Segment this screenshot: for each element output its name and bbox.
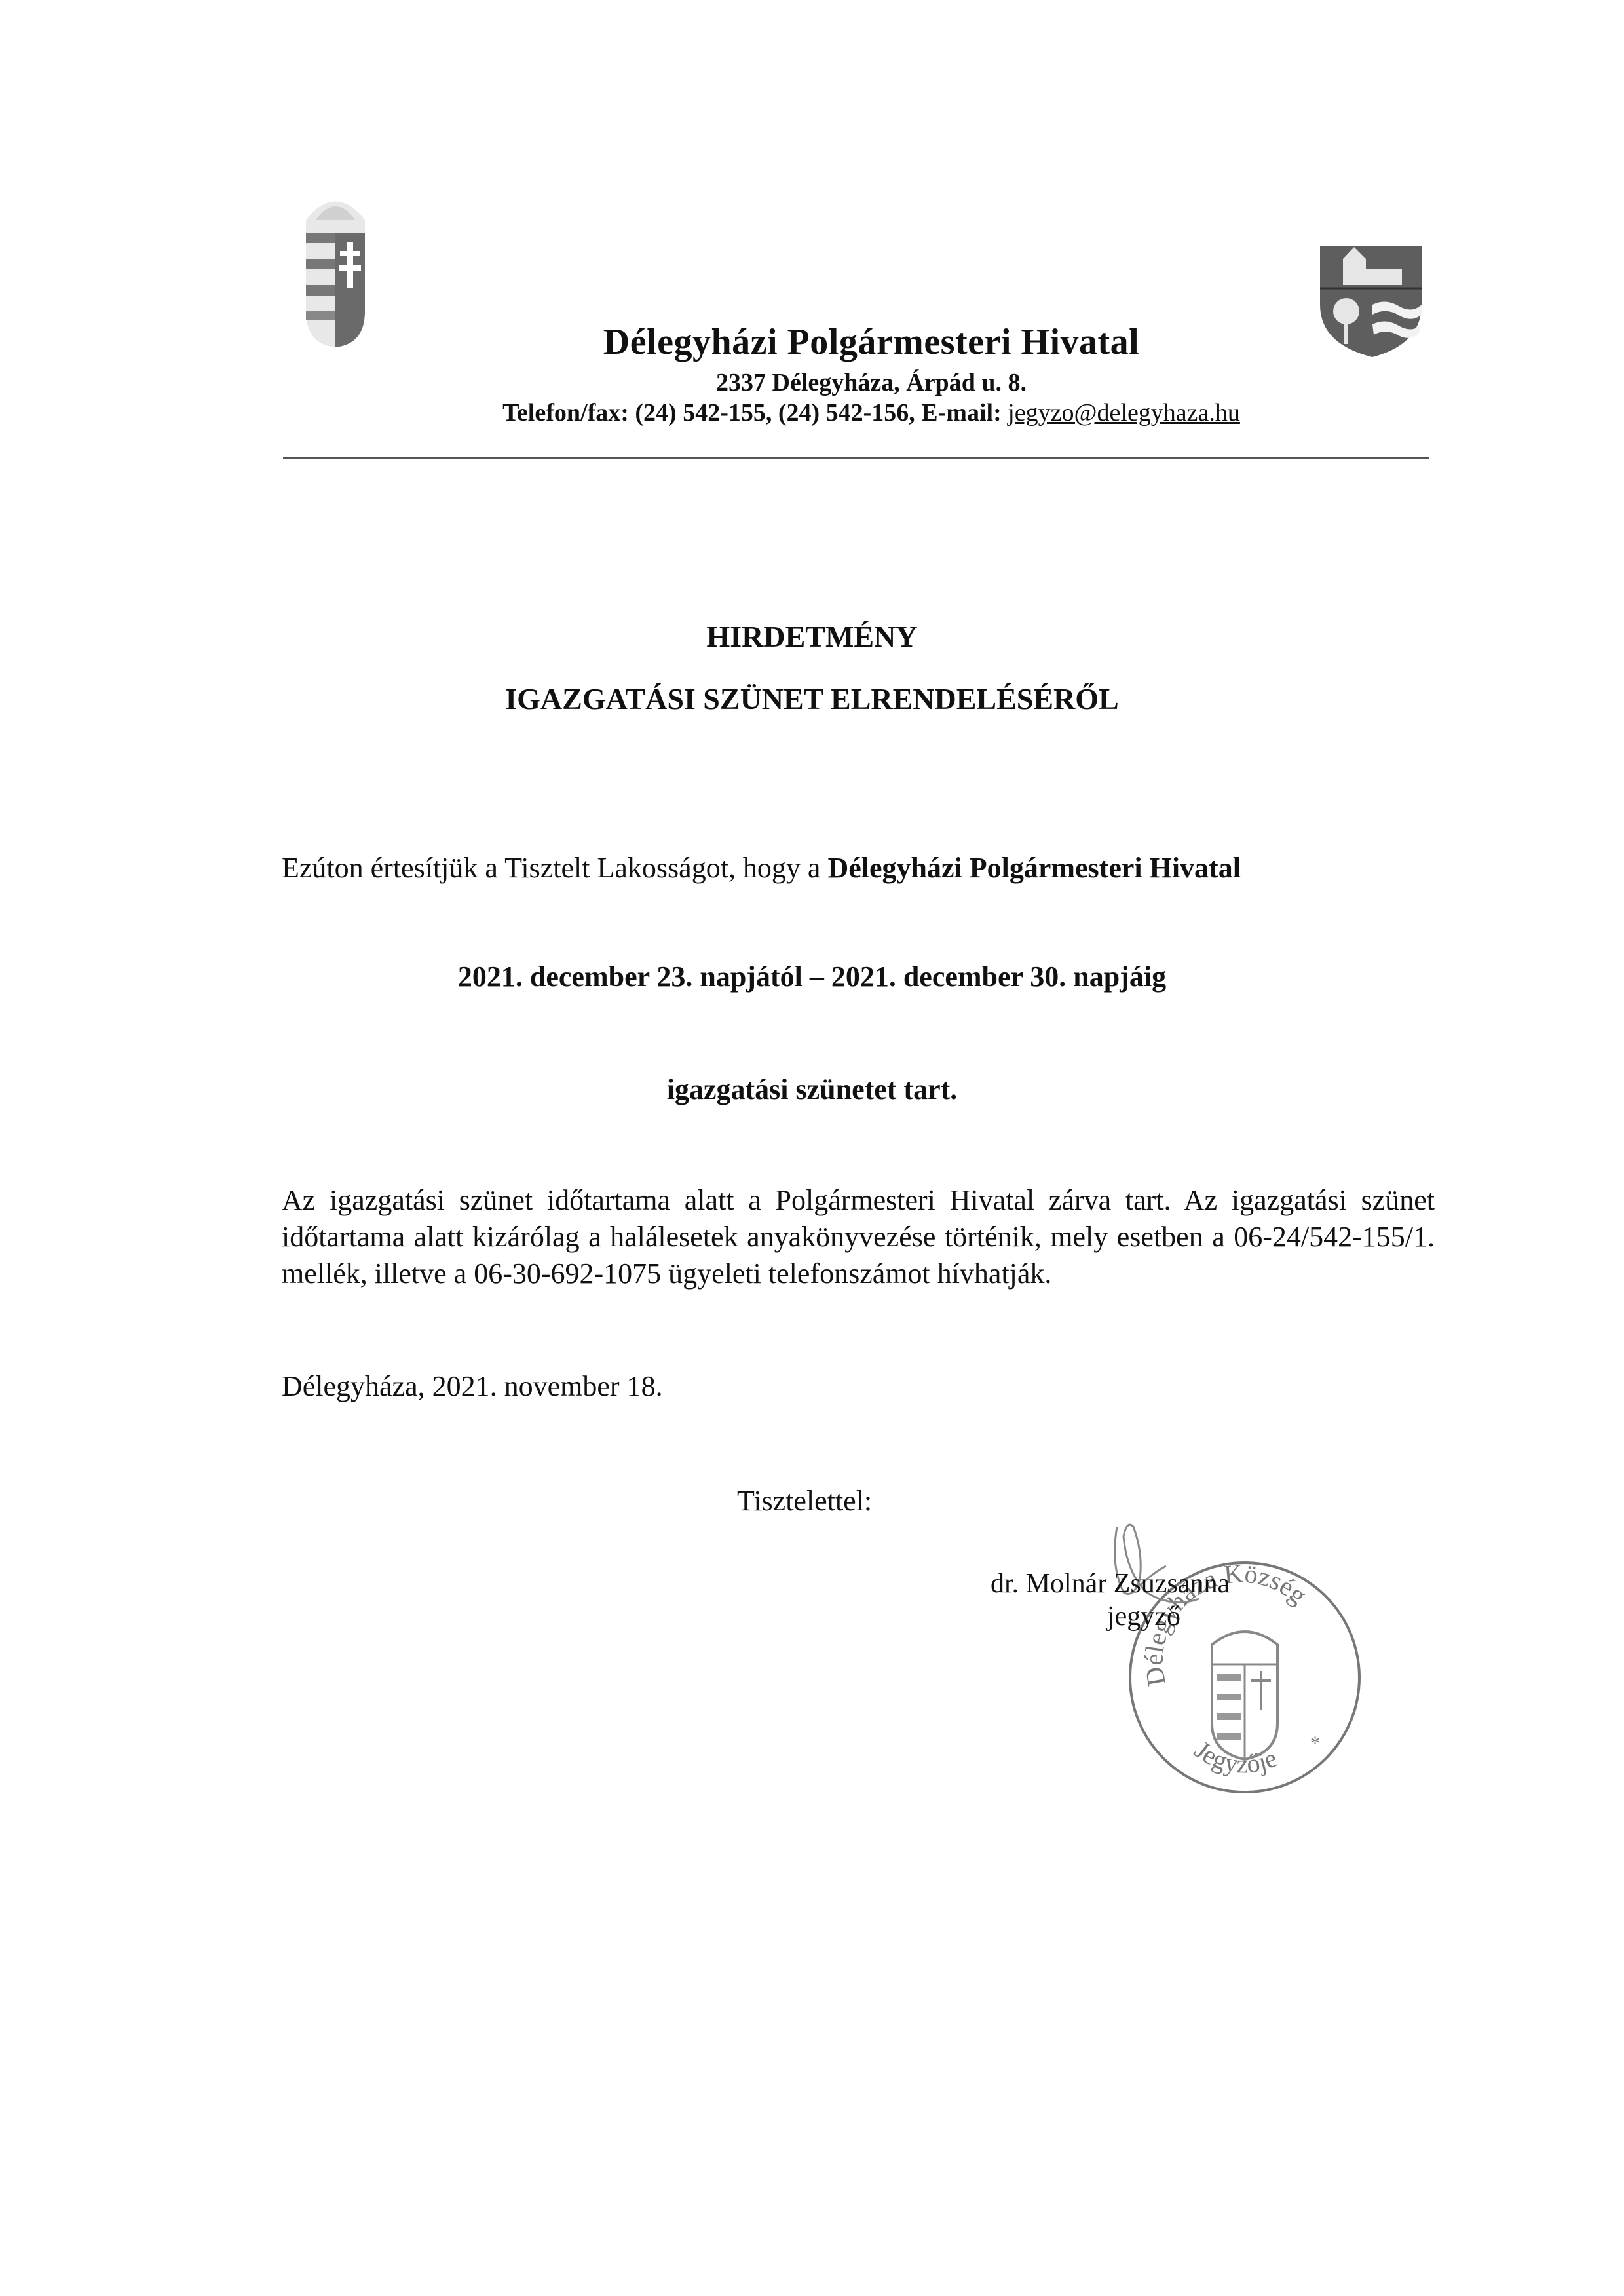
closing-regards: Tisztelettel: — [737, 1483, 872, 1520]
place-and-date: Délegyháza, 2021. november 18. — [282, 1368, 663, 1405]
email-link[interactable]: jegyzo@delegyhaza.hu — [1008, 399, 1240, 427]
closure-statement: igazgatási szünetet tart. — [0, 1073, 1624, 1106]
signer-name: dr. Molnár Zsuzsanna — [991, 1568, 1230, 1599]
signer-title: jegyző — [1107, 1601, 1180, 1632]
document-title: HIRDETMÉNY — [0, 619, 1624, 654]
intro-sentence: Ezúton értesítjük a Tisztelt Lakosságot,… — [282, 850, 1435, 887]
closure-period: 2021. december 23. napjától – 2021. dece… — [0, 960, 1624, 993]
contact-phone-text: Telefon/fax: (24) 542-155, (24) 542-156,… — [502, 399, 1008, 427]
organization-name: Délegyházi Polgármesteri Hivatal — [0, 321, 1624, 363]
document-subtitle: IGAZGATÁSI SZÜNET ELRENDELÉSÉRŐL — [0, 681, 1624, 716]
organization-contact: Telefon/fax: (24) 542-155, (24) 542-156,… — [0, 398, 1624, 427]
letterhead-divider — [283, 457, 1429, 459]
intro-office-name: Délegyházi Polgármesteri Hivatal — [827, 852, 1240, 884]
svg-text:*: * — [1310, 1732, 1320, 1754]
organization-address: 2337 Délegyháza, Árpád u. 8. — [0, 368, 1624, 397]
intro-text: Ezúton értesítjük a Tisztelt Lakosságot,… — [282, 852, 827, 884]
details-paragraph: Az igazgatási szünet időtartama alatt a … — [282, 1182, 1435, 1292]
